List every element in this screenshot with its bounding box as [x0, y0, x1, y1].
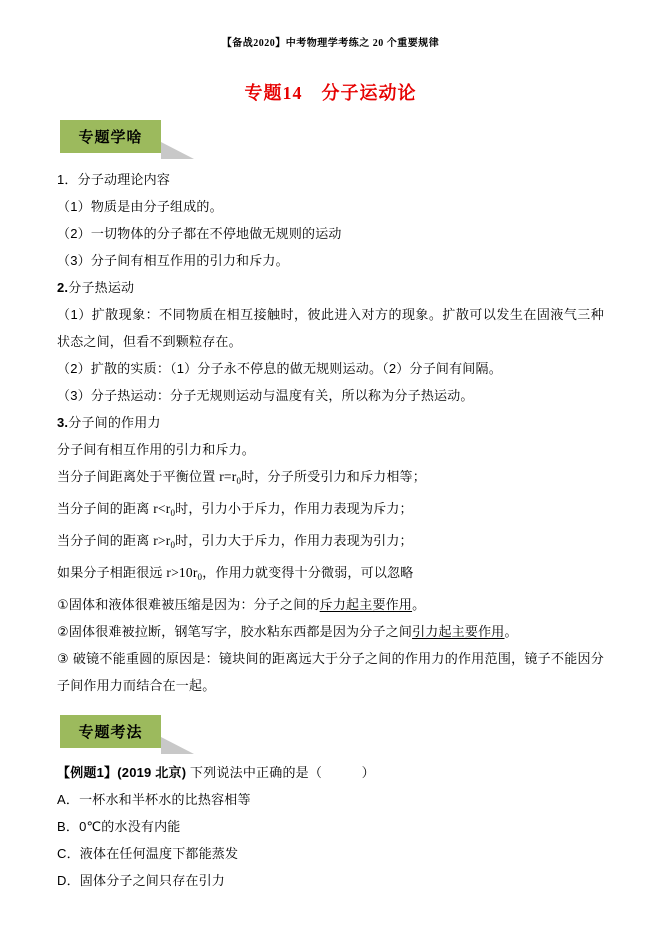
underlined-text: 斥力起主要作用 [320, 597, 412, 612]
text-segment: 时，引力小于斥力，作用力表现为斥力； [175, 501, 413, 516]
study-section: 1．分子动理论内容 （1）物质是由分子组成的。 （2）一切物体的分子都在不停地做… [57, 166, 604, 699]
note-3: ③ 破镜不能重圆的原因是：镜块间的距离远大于分子之间的作用力的作用范围，镜子不能… [57, 645, 604, 699]
heading-text: 分子热运动 [68, 280, 134, 295]
section-badge-exam: 专题考法 [60, 715, 161, 748]
force-intro-line: 分子间有相互作用的引力和斥力。 [57, 436, 604, 463]
heading-text: 分子间的作用力 [68, 415, 160, 430]
document-page: 【备战2020】中考物理学考练之 20 个重要规律 专题14 分子运动论 专题学… [0, 0, 661, 935]
molecular-force-heading: 3.分子间的作用力 [57, 409, 604, 436]
example-question-stem: 【例题1】(2019 北京) 下列说法中正确的是（ ） [57, 759, 604, 786]
thermal-motion-item: （3）分子热运动：分子无规则运动与温度有关，所以称为分子热运动。 [57, 382, 604, 409]
formula: r<r [153, 501, 170, 516]
text-segment: ②固体很难被拉断，钢笔写字，胶水粘东西都是因为分子之间 [57, 624, 412, 639]
diffusion-phenomenon: （1）扩散现象：不同物质在相互接触时，彼此进入对方的现象。扩散可以发生在固液气三… [57, 301, 604, 355]
theory-heading: 1．分子动理论内容 [57, 166, 604, 193]
theory-item-1: （1）物质是由分子组成的。 [57, 193, 604, 220]
page-title: 专题14 分子运动论 [0, 83, 661, 104]
text-segment: 。 [412, 597, 425, 612]
smaller-distance-line: 当分子间的距离 r<r0时，引力小于斥力，作用力表现为斥力； [57, 495, 604, 527]
option-b: B．0℃的水没有内能 [57, 813, 604, 840]
document-header: 【备战2020】中考物理学考练之 20 个重要规律 [0, 38, 661, 50]
text-segment: 。 [504, 624, 517, 639]
exam-section: 【例题1】(2019 北京) 下列说法中正确的是（ ） A．一杯水和半杯水的比热… [57, 759, 604, 894]
note-1: ①固体和液体很难被压缩是因为：分子之间的斥力起主要作用。 [57, 591, 604, 618]
heading-number: 3. [57, 415, 68, 430]
formula: r>10r [166, 565, 197, 580]
theory-item-3: （3）分子间有相互作用的引力和斥力。 [57, 247, 604, 274]
underlined-text: 引力起主要作用 [412, 624, 504, 639]
text-segment: ①固体和液体很难被压缩是因为：分子之间的 [57, 597, 320, 612]
question-text: 下列说法中正确的是（ ） [186, 765, 375, 780]
larger-distance-line: 当分子间的距离 r>r0时，引力大于斥力，作用力表现为引力； [57, 527, 604, 559]
text-segment: 当分子间距离处于平衡位置 [57, 469, 219, 484]
text-segment: 时，引力大于斥力，作用力表现为引力； [175, 533, 413, 548]
text-segment: 当分子间的距离 [57, 533, 153, 548]
thermal-motion-heading: 2.分子热运动 [57, 274, 604, 301]
equilibrium-distance-line: 当分子间距离处于平衡位置 r=r0时，分子所受引力和斥力相等； [57, 463, 604, 495]
badge-exam-label: 专题考法 [78, 721, 142, 742]
option-a: A．一杯水和半杯水的比热容相等 [57, 786, 604, 813]
formula: r=r [219, 469, 236, 484]
section-badge-study: 专题学啥 [60, 120, 161, 153]
option-d: D．固体分子之间只存在引力 [57, 867, 604, 894]
formula: r>r [153, 533, 170, 548]
example-tag: 【例题1】(2019 北京) [57, 765, 186, 780]
text-segment: ，作用力就变得十分微弱，可以忽略 [202, 565, 413, 580]
note-2: ②固体很难被拉断，钢笔写字，胶水粘东西都是因为分子之间引力起主要作用。 [57, 618, 604, 645]
option-c: C．液体在任何温度下都能蒸发 [57, 840, 604, 867]
far-distance-line: 如果分子相距很远 r>10r0，作用力就变得十分微弱，可以忽略 [57, 559, 604, 591]
text-segment: 时，分子所受引力和斥力相等； [241, 469, 426, 484]
theory-item-2: （2）一切物体的分子都在不停地做无规则的运动 [57, 220, 604, 247]
diffusion-essence: （2）扩散的实质：（1）分子永不停息的做无规则运动。（2）分子间有间隔。 [57, 355, 604, 382]
text-segment: 当分子间的距离 [57, 501, 153, 516]
heading-number: 2. [57, 280, 68, 295]
text-segment: 如果分子相距很远 [57, 565, 166, 580]
badge-study-label: 专题学啥 [78, 126, 142, 147]
